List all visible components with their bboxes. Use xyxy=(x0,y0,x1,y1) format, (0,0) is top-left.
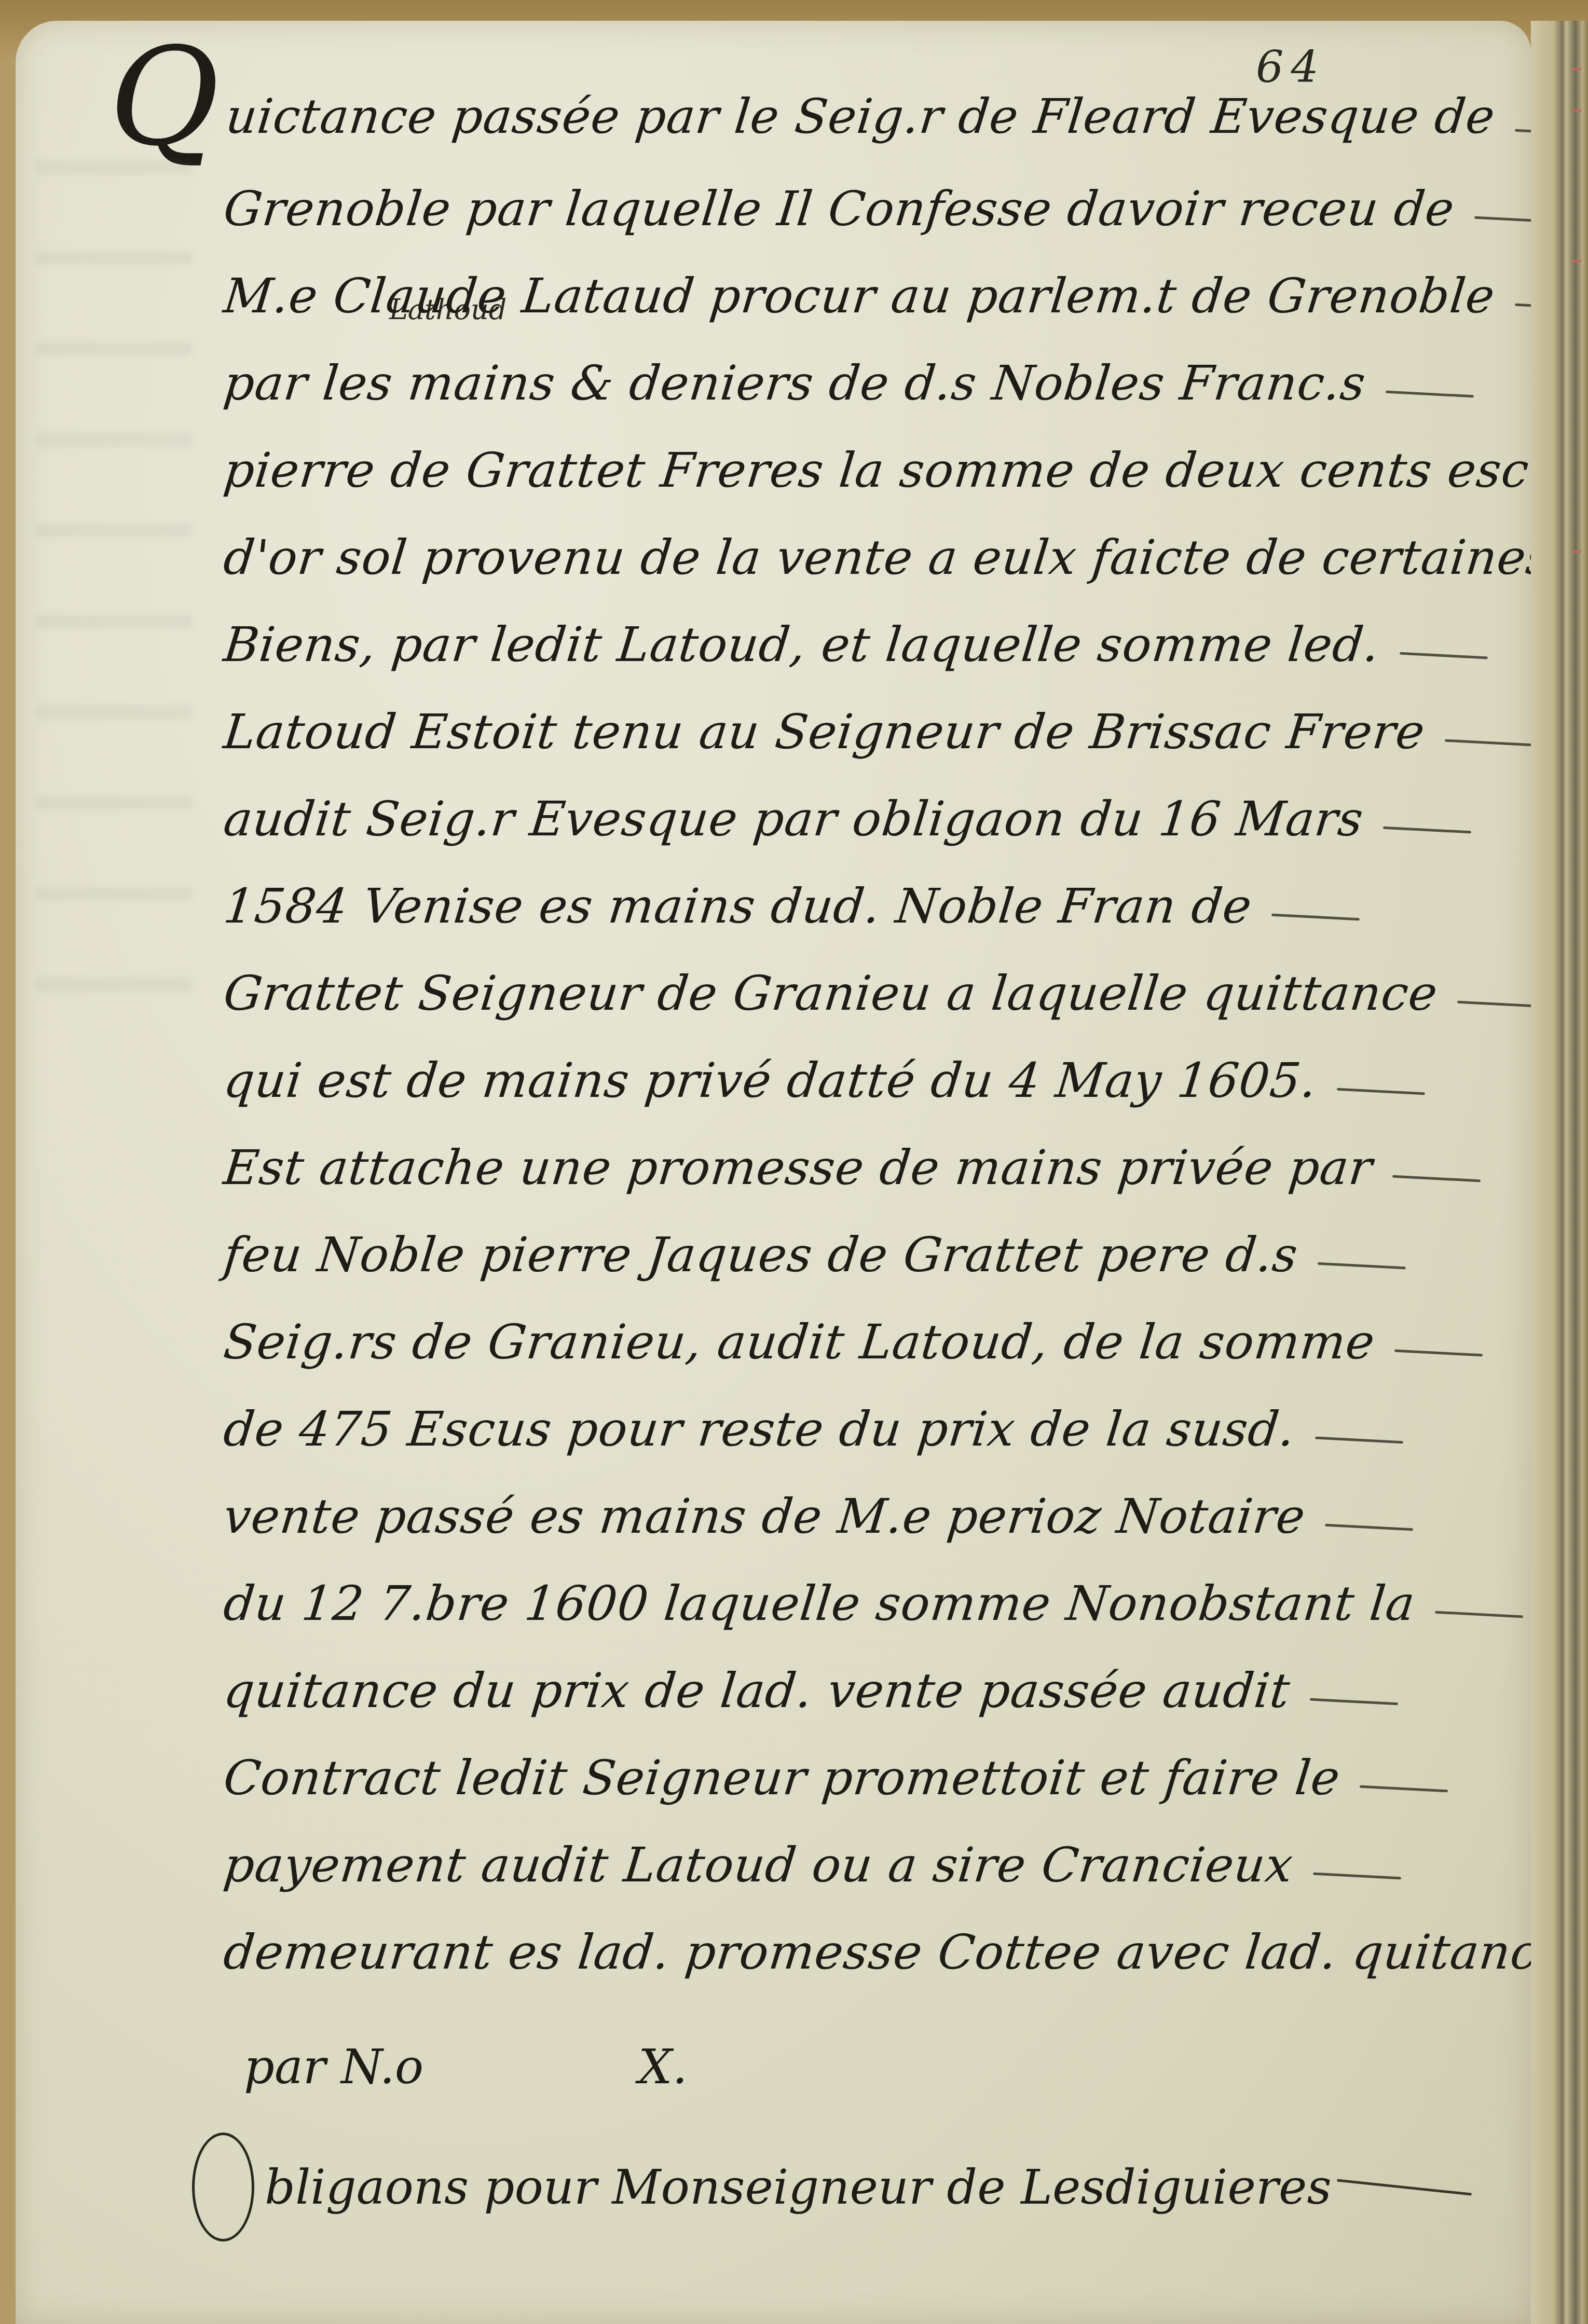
red-edge-mark xyxy=(1571,259,1582,263)
line-filler-stroke xyxy=(1360,1785,1448,1793)
text-line: vente passé es mains de M.e perioz Notai… xyxy=(109,1473,1510,1560)
line-filler-stroke xyxy=(1318,1262,1406,1270)
line-filler-stroke xyxy=(1325,1524,1413,1531)
line-text: Latoud Estoit tenu au Seigneur de Brissa… xyxy=(105,704,1428,775)
next-entry-heading: bligaons pour Monseigneur de Lesdiguiere… xyxy=(192,2133,1472,2242)
line-text: du 12 7.bre 1600 laquelle somme Nonobsta… xyxy=(105,1576,1418,1647)
decorated-initial-o-icon xyxy=(192,2133,254,2242)
book-gutter-edge xyxy=(1531,21,1588,2324)
text-line: audit Seig.r Evesque par obligaon du 16 … xyxy=(109,775,1510,862)
line-text: quitance du prix de lad. vente passée au… xyxy=(105,1663,1293,1734)
line-text: Grenoble par laquelle Il Confesse davoir… xyxy=(105,181,1457,252)
closing-signature: par N.o X. xyxy=(244,2039,423,2095)
text-line: quitance du prix de lad. vente passée au… xyxy=(109,1647,1510,1734)
text-line: pierre de Grattet Freres la somme de deu… xyxy=(109,427,1510,514)
line-filler-stroke xyxy=(1445,739,1533,747)
manuscript-photo: 64 Lathoud Q uictance passée par le Seig… xyxy=(0,0,1588,2324)
line-text: feu Noble pierre Jaques de Grattet pere … xyxy=(105,1227,1300,1298)
line-text: Est attache une promesse de mains privée… xyxy=(105,1140,1375,1211)
text-line: Est attache une promesse de mains privée… xyxy=(109,1124,1510,1211)
line-text: audit Seig.r Evesque par obligaon du 16 … xyxy=(105,791,1366,862)
line-text: Biens, par ledit Latoud, et laquelle som… xyxy=(105,617,1382,688)
text-line: Q uictance passée par le Seig.r de Flear… xyxy=(109,78,1510,165)
line-text: par les mains & deniers de d.s Nobles Fr… xyxy=(105,355,1368,427)
text-line: Grenoble par laquelle Il Confesse davoir… xyxy=(109,165,1510,252)
text-line: Latoud Estoit tenu au Seigneur de Brissa… xyxy=(109,688,1510,775)
line-text: Seig.rs de Granieu, audit Latoud, de la … xyxy=(105,1314,1378,1385)
red-edge-mark xyxy=(1571,550,1582,553)
text-line: Seig.rs de Granieu, audit Latoud, de la … xyxy=(109,1298,1510,1385)
line-text: Grattet Seigneur de Granieu a laquelle q… xyxy=(105,966,1441,1037)
line-text: qui est de mains privé datté du 4 May 16… xyxy=(105,1053,1320,1124)
line-text: Contract ledit Seigneur promettoit et fa… xyxy=(105,1750,1343,1821)
line-text: vente passé es mains de M.e perioz Notai… xyxy=(105,1489,1308,1560)
line-filler-stroke xyxy=(1386,391,1474,398)
line-text: demeurant es lad. promesse Cottee avec l… xyxy=(105,1924,1570,1996)
text-line: par les mains & deniers de d.s Nobles Fr… xyxy=(109,339,1510,427)
line-text: 1584 Venise es mains dud. Noble Fran de xyxy=(105,878,1255,950)
text-line: payement audit Latoud ou a sire Crancieu… xyxy=(109,1821,1510,1908)
line-text: d'or sol provenu de la vente a eulx faic… xyxy=(105,530,1554,601)
line-filler-stroke xyxy=(1315,1437,1403,1444)
line-filler-stroke xyxy=(1271,914,1360,921)
heading-text: bligaons pour Monseigneur de Lesdiguiere… xyxy=(265,2160,1332,2215)
line-filler-stroke xyxy=(1400,652,1488,659)
line-filler-stroke xyxy=(1394,1350,1483,1357)
line-text: uictance passée par le Seig.r de Fleard … xyxy=(221,89,1498,165)
text-block: Q uictance passée par le Seig.r de Flear… xyxy=(109,78,1510,1996)
text-line: Grattet Seigneur de Granieu a laquelle q… xyxy=(109,950,1510,1037)
line-filler-stroke xyxy=(1383,827,1471,834)
text-line: d'or sol provenu de la vente a eulx faic… xyxy=(109,514,1510,601)
line-text: M.e Claude Lataud procur au parlem.t de … xyxy=(105,268,1498,339)
text-line: de 475 Escus pour reste du prix de la su… xyxy=(109,1385,1510,1473)
manuscript-page: 64 Lathoud Q uictance passée par le Seig… xyxy=(16,21,1531,2324)
line-text: pierre de Grattet Freres la somme de deu… xyxy=(105,443,1588,514)
text-line: M.e Claude Lataud procur au parlem.t de … xyxy=(109,252,1510,339)
red-edge-mark xyxy=(1571,109,1582,112)
text-line: qui est de mains privé datté du 4 May 16… xyxy=(109,1037,1510,1124)
decorated-initial: Q xyxy=(109,30,220,165)
text-line: 1584 Venise es mains dud. Noble Fran de xyxy=(109,862,1510,950)
text-line: du 12 7.bre 1600 laquelle somme Nonobsta… xyxy=(109,1560,1510,1647)
text-line: Contract ledit Seigneur promettoit et fa… xyxy=(109,1734,1510,1821)
red-edge-mark xyxy=(1571,67,1582,71)
line-filler-stroke xyxy=(1435,1611,1523,1618)
line-filler-stroke xyxy=(1313,1873,1401,1880)
line-filler-stroke xyxy=(1337,1088,1425,1095)
line-filler-stroke xyxy=(1310,1698,1398,1706)
line-filler-stroke xyxy=(1392,1175,1481,1182)
text-line: feu Noble pierre Jaques de Grattet pere … xyxy=(109,1211,1510,1298)
line-filler-stroke xyxy=(1337,2179,1471,2195)
text-line: Biens, par ledit Latoud, et laquelle som… xyxy=(109,601,1510,688)
closing-text: par N.o xyxy=(244,2039,423,2095)
notary-mark: X. xyxy=(638,2039,688,2095)
line-text: payement audit Latoud ou a sire Crancieu… xyxy=(105,1837,1296,1908)
text-line: demeurant es lad. promesse Cottee avec l… xyxy=(109,1908,1510,1996)
line-text: de 475 Escus pour reste du prix de la su… xyxy=(105,1401,1298,1473)
